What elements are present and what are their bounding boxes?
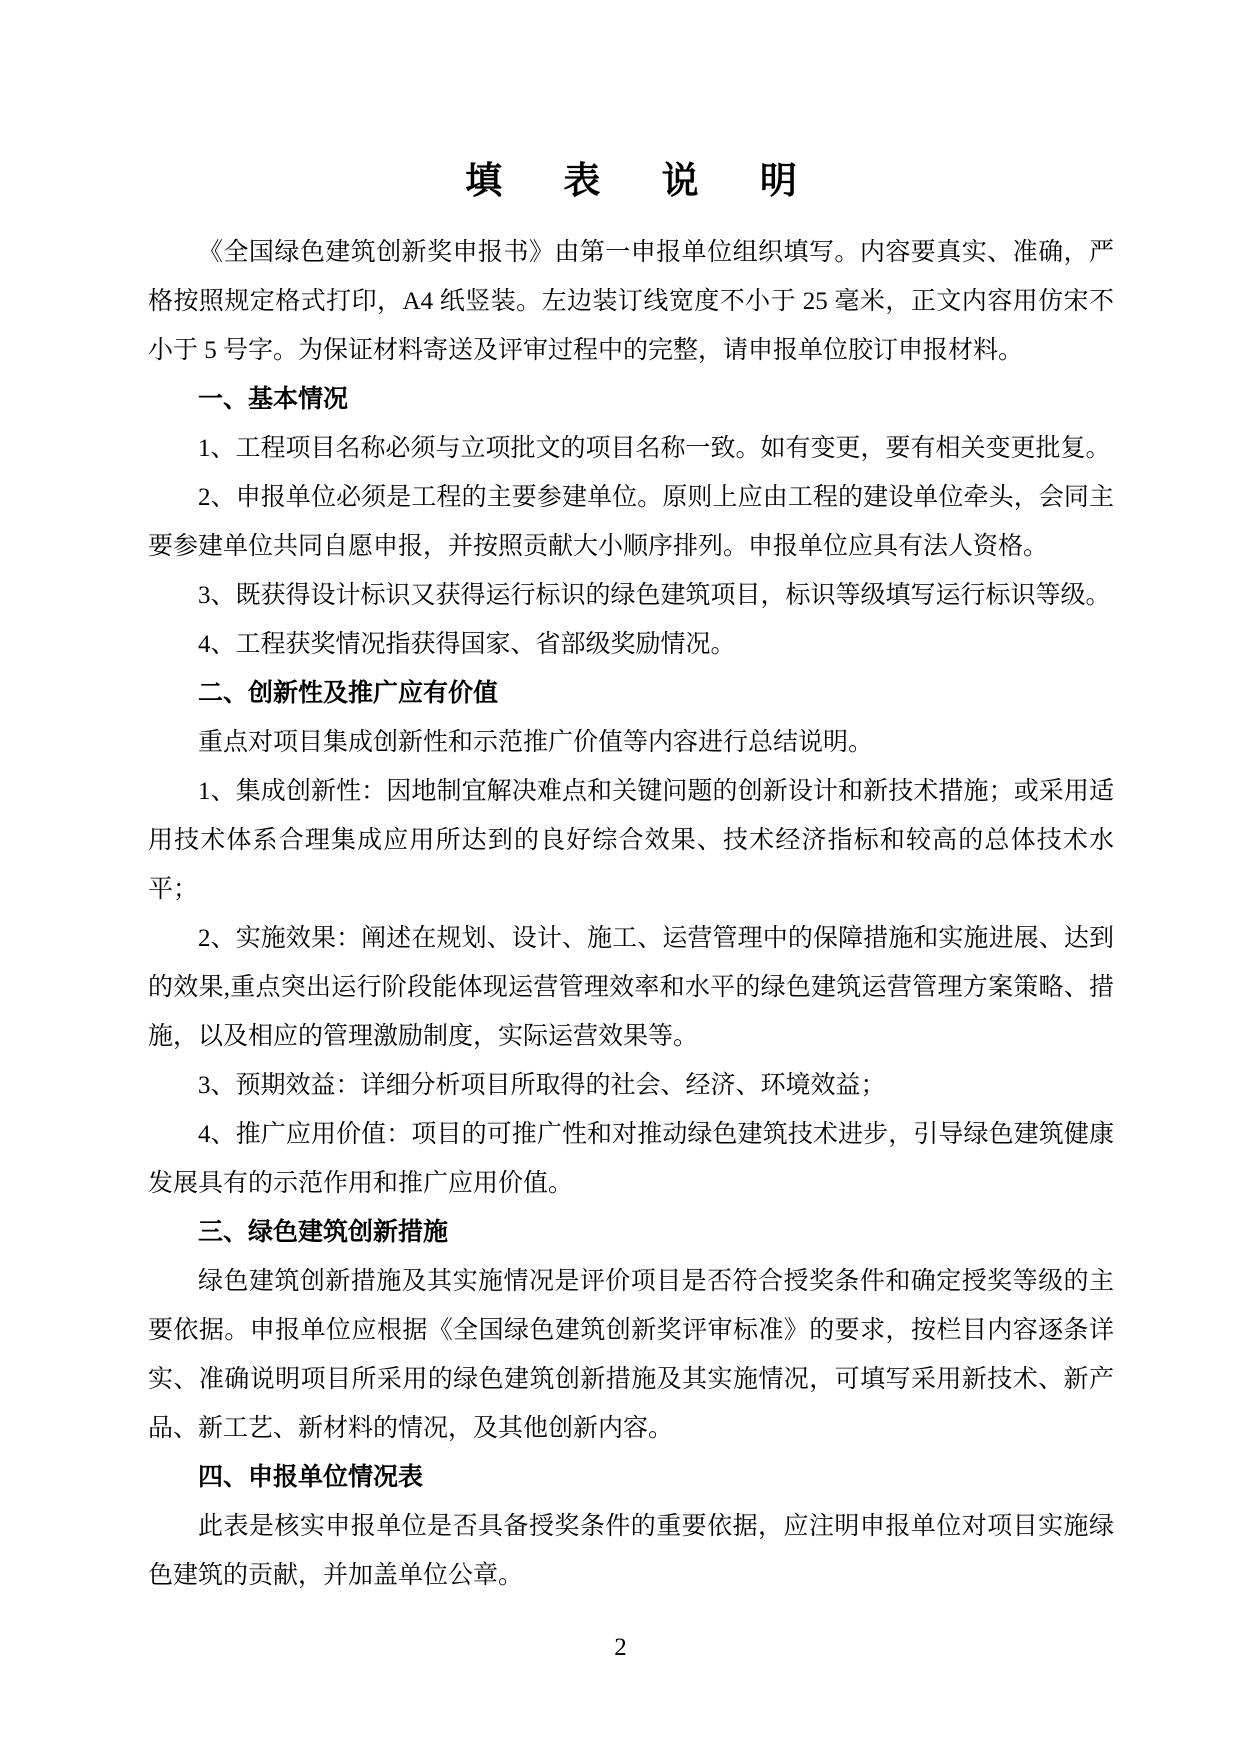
- paragraph-item-2: 2、申报单位必须是工程的主要参建单位。原则上应由工程的建设单位牵头，会同主要参建…: [148, 473, 1114, 571]
- paragraph-item-3: 3、既获得设计标识又获得运行标识的绿色建筑项目，标识等级填写运行标识等级。: [148, 571, 1114, 620]
- section-heading-green-building-measures: 三、绿色建筑创新措施: [148, 1208, 1114, 1257]
- paragraph-item-1: 1、工程项目名称必须与立项批文的项目名称一致。如有变更，要有相关变更批复。: [148, 424, 1114, 473]
- paragraph-promotion-value: 4、推广应用价值：项目的可推广性和对推动绿色建筑技术进步，引导绿色建筑健康发展具…: [148, 1110, 1114, 1208]
- section-heading-basic-info: 一、基本情况: [148, 375, 1114, 424]
- paragraph-intro: 《全国绿色建筑创新奖申报书》由第一申报单位组织填写。内容要真实、准确，严格按照规…: [148, 228, 1114, 375]
- document-page: 填 表 说 明 《全国绿色建筑创新奖申报书》由第一申报单位组织填写。内容要真实、…: [148, 150, 1114, 1600]
- document-title: 填 表 说 明: [148, 150, 1114, 204]
- paragraph-measures-detail: 绿色建筑创新措施及其实施情况是评价项目是否符合授奖条件和确定授奖等级的主要依据。…: [148, 1257, 1114, 1453]
- paragraph-summary-note: 重点对项目集成创新性和示范推广价值等内容进行总结说明。: [148, 718, 1114, 767]
- paragraph-unit-table-detail: 此表是核实申报单位是否具备授奖条件的重要依据，应注明申报单位对项目实施绿色建筑的…: [148, 1502, 1114, 1600]
- section-heading-applicant-unit-table: 四、申报单位情况表: [148, 1453, 1114, 1502]
- paragraph-implementation-effect: 2、实施效果：阐述在规划、设计、施工、运营管理中的保障措施和实施进展、达到的效果…: [148, 914, 1114, 1061]
- page-number: 2: [0, 1633, 1241, 1663]
- paragraph-integrated-innovation: 1、集成创新性：因地制宜解决难点和关键问题的创新设计和新技术措施；或采用适用技术…: [148, 767, 1114, 914]
- section-heading-innovation-value: 二、创新性及推广应有价值: [148, 669, 1114, 718]
- paragraph-expected-benefit: 3、预期效益：详细分析项目所取得的社会、经济、环境效益；: [148, 1061, 1114, 1110]
- paragraph-item-4: 4、工程获奖情况指获得国家、省部级奖励情况。: [148, 620, 1114, 669]
